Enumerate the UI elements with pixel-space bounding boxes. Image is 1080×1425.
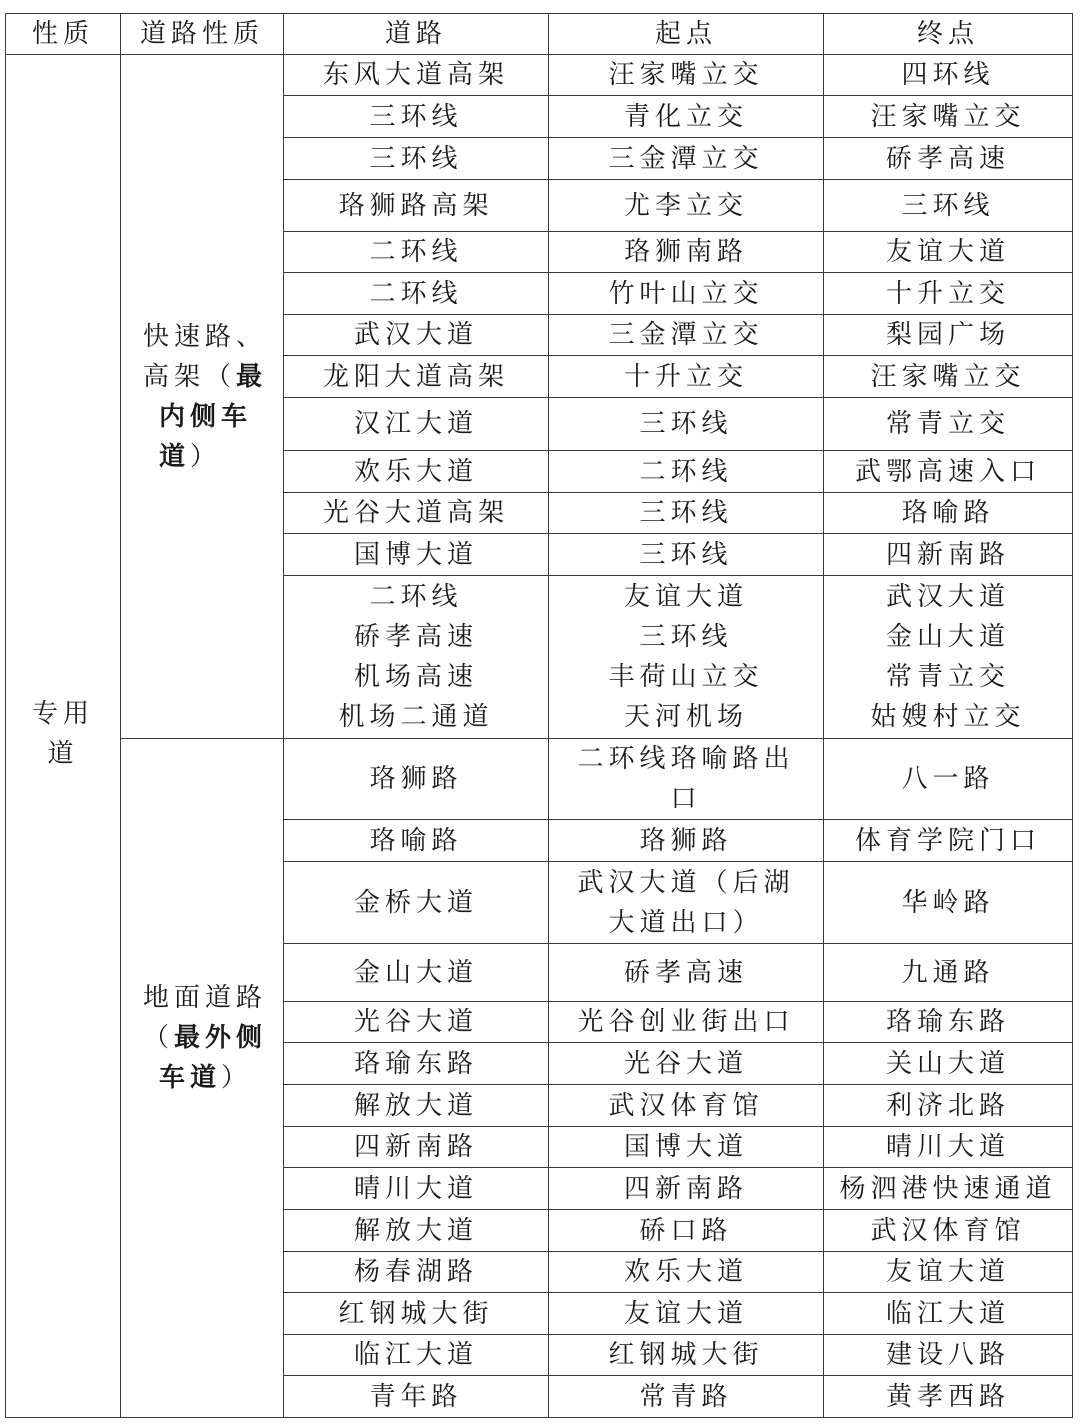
start-cell: 常青路 bbox=[549, 1376, 824, 1418]
road-cell: 杨春湖路 bbox=[284, 1252, 549, 1293]
road-cell: 汉江大道 bbox=[284, 398, 549, 451]
end-cell: 关山大道 bbox=[824, 1043, 1073, 1085]
road-cell: 国博大道 bbox=[284, 534, 549, 576]
road-cell: 珞狮路 bbox=[284, 739, 549, 820]
end-cell: 晴川大道 bbox=[824, 1127, 1073, 1168]
end-cell: 汪家嘴立交 bbox=[824, 96, 1073, 138]
category-label-line2: 道 bbox=[6, 734, 120, 774]
start-cell: 三环线 bbox=[549, 534, 824, 576]
end-cell: 梨园广场 bbox=[824, 315, 1073, 356]
start-cell: 光谷大道 bbox=[549, 1043, 824, 1085]
road-cell: 解放大道 bbox=[284, 1210, 549, 1252]
road-cell: 青年路 bbox=[284, 1376, 549, 1418]
start-cell: 竹叶山立交 bbox=[549, 273, 824, 315]
end-cell: 常青立交 bbox=[824, 398, 1073, 451]
road-cell: 金山大道 bbox=[284, 944, 549, 1002]
start-cell: 光谷创业街出口 bbox=[549, 1002, 824, 1043]
end-cell: 体育学院门口 bbox=[824, 820, 1073, 862]
road-type-line: 道） bbox=[143, 437, 277, 477]
road-type-line: 高架（最 bbox=[143, 357, 277, 397]
road-cell: 四新南路 bbox=[284, 1127, 549, 1168]
end-cell: 珞喻路 bbox=[824, 493, 1073, 534]
road-cell: 临江大道 bbox=[284, 1335, 549, 1376]
road-cell: 晴川大道 bbox=[284, 1168, 549, 1210]
end-cell: 四新南路 bbox=[824, 534, 1073, 576]
start-cell-merged: 友谊大道 三环线 丰荷山立交 天河机场 bbox=[549, 576, 824, 739]
road-cell: 珞瑜东路 bbox=[284, 1043, 549, 1085]
road-cell: 光谷大道 bbox=[284, 1002, 549, 1043]
start-cell: 红钢城大街 bbox=[549, 1335, 824, 1376]
road-cell: 欢乐大道 bbox=[284, 451, 549, 493]
start-cell: 四新南路 bbox=[549, 1168, 824, 1210]
category-cell: 专用 道 bbox=[6, 55, 121, 1418]
start-cell: 国博大道 bbox=[549, 1127, 824, 1168]
end-cell: 临江大道 bbox=[824, 1293, 1073, 1335]
table-row: 地面道路 （最外侧 车道） 珞狮路 二环线珞喻路出 口 八一路 bbox=[6, 739, 1073, 820]
road-cell: 二环线 bbox=[284, 232, 549, 273]
road-cell: 二环线 bbox=[284, 273, 549, 315]
header-category: 性质 bbox=[6, 14, 121, 55]
category-label-line1: 专用 bbox=[6, 694, 120, 734]
end-cell: 汪家嘴立交 bbox=[824, 356, 1073, 398]
end-cell: 华岭路 bbox=[824, 862, 1073, 944]
end-cell: 九通路 bbox=[824, 944, 1073, 1002]
road-type-expressway-cell: 快速路、 高架（最 内侧车 道） bbox=[121, 55, 284, 739]
road-cell: 龙阳大道高架 bbox=[284, 356, 549, 398]
start-cell: 三环线 bbox=[549, 398, 824, 451]
header-road: 道路 bbox=[284, 14, 549, 55]
end-cell: 利济北路 bbox=[824, 1085, 1073, 1127]
start-cell: 硚孝高速 bbox=[549, 944, 824, 1002]
road-type-line: 车道） bbox=[143, 1058, 277, 1098]
table-row: 专用 道 快速路、 高架（最 内侧车 道） 东风大道高架 汪家嘴立交 四环线 bbox=[6, 55, 1073, 96]
start-cell: 汪家嘴立交 bbox=[549, 55, 824, 96]
road-cell: 东风大道高架 bbox=[284, 55, 549, 96]
start-cell: 武汉体育馆 bbox=[549, 1085, 824, 1127]
road-cell: 武汉大道 bbox=[284, 315, 549, 356]
start-cell: 珞狮南路 bbox=[549, 232, 824, 273]
routes-table: 性质 道路性质 道路 起点 终点 专用 道 快速路、 高架（最 内侧车 道） 东… bbox=[5, 13, 1073, 1418]
road-cell: 光谷大道高架 bbox=[284, 493, 549, 534]
start-cell: 二环线珞喻路出 口 bbox=[549, 739, 824, 820]
start-cell: 硚口路 bbox=[549, 1210, 824, 1252]
road-cell: 解放大道 bbox=[284, 1085, 549, 1127]
end-cell: 四环线 bbox=[824, 55, 1073, 96]
road-type-line: 地面道路 bbox=[143, 978, 277, 1018]
end-cell: 杨泗港快速通道 bbox=[824, 1168, 1073, 1210]
end-cell: 武鄂高速入口 bbox=[824, 451, 1073, 493]
start-cell: 尤李立交 bbox=[549, 180, 824, 232]
start-cell: 珞狮路 bbox=[549, 820, 824, 862]
end-cell: 黄孝西路 bbox=[824, 1376, 1073, 1418]
road-cell: 三环线 bbox=[284, 138, 549, 180]
end-cell: 三环线 bbox=[824, 180, 1073, 232]
start-cell: 三金潭立交 bbox=[549, 138, 824, 180]
road-type-line: 快速路、 bbox=[143, 317, 277, 357]
end-cell: 友谊大道 bbox=[824, 232, 1073, 273]
start-cell: 欢乐大道 bbox=[549, 1252, 824, 1293]
header-start: 起点 bbox=[549, 14, 824, 55]
road-type-line: （最外侧 bbox=[143, 1018, 277, 1058]
start-cell: 二环线 bbox=[549, 451, 824, 493]
road-cell: 金桥大道 bbox=[284, 862, 549, 944]
road-cell-merged: 二环线 硚孝高速 机场高速 机场二通道 bbox=[284, 576, 549, 739]
road-cell: 红钢城大街 bbox=[284, 1293, 549, 1335]
end-cell: 珞瑜东路 bbox=[824, 1002, 1073, 1043]
end-cell: 武汉体育馆 bbox=[824, 1210, 1073, 1252]
end-cell-merged: 武汉大道 金山大道 常青立交 姑嫂村立交 bbox=[824, 576, 1073, 739]
end-cell: 十升立交 bbox=[824, 273, 1073, 315]
start-cell: 武汉大道（后湖 大道出口） bbox=[549, 862, 824, 944]
header-row: 性质 道路性质 道路 起点 终点 bbox=[6, 14, 1073, 55]
road-cell: 三环线 bbox=[284, 96, 549, 138]
start-cell: 青化立交 bbox=[549, 96, 824, 138]
end-cell: 硚孝高速 bbox=[824, 138, 1073, 180]
end-cell: 八一路 bbox=[824, 739, 1073, 820]
road-type-ground-cell: 地面道路 （最外侧 车道） bbox=[121, 739, 284, 1418]
road-cell: 珞狮路高架 bbox=[284, 180, 549, 232]
start-cell: 十升立交 bbox=[549, 356, 824, 398]
road-cell: 珞喻路 bbox=[284, 820, 549, 862]
road-type-line: 内侧车 bbox=[143, 397, 277, 437]
header-road-type: 道路性质 bbox=[121, 14, 284, 55]
end-cell: 友谊大道 bbox=[824, 1252, 1073, 1293]
start-cell: 友谊大道 bbox=[549, 1293, 824, 1335]
header-end: 终点 bbox=[824, 14, 1073, 55]
end-cell: 建设八路 bbox=[824, 1335, 1073, 1376]
start-cell: 三金潭立交 bbox=[549, 315, 824, 356]
start-cell: 三环线 bbox=[549, 493, 824, 534]
